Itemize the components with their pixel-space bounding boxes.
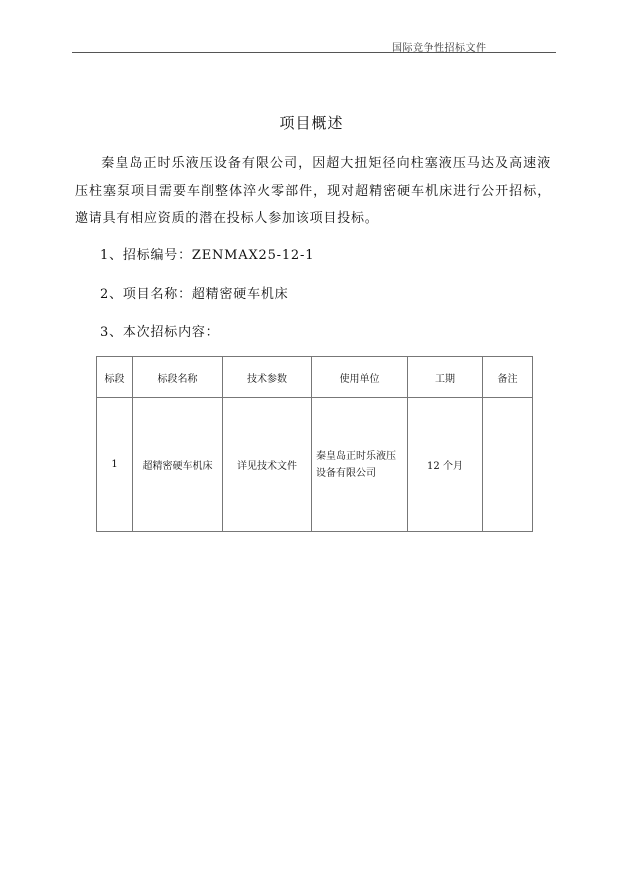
table-row: 1 超精密硬车机床 详见技术文件 秦皇岛正时乐液压设备有限公司 12 个月 [97,398,533,532]
bid-number: 1、招标编号：ZENMAX25-12-1 [100,244,314,263]
bid-content-label: 3、本次招标内容： [100,321,219,340]
cell-spec: 详见技术文件 [223,398,312,532]
cell-unit: 秦皇岛正时乐液压设备有限公司 [312,398,408,532]
unit-line-2: 设备有限公司 [316,468,376,479]
header-unit: 使用单位 [312,357,408,398]
header-lot-name: 标段名称 [133,357,223,398]
cell-remark [483,398,533,532]
intro-text: 秦皇岛正时乐液压设备有限公司，因超大扭矩径向柱塞液压马达及高速液压柱塞泵项目需要… [75,156,551,226]
header-period: 工期 [408,357,483,398]
cell-lot-name: 超精密硬车机床 [133,398,223,532]
unit-line-1: 秦皇岛正时乐液压 [316,451,396,462]
project-name: 2、项目名称：超精密硬车机床 [100,283,288,302]
table-header-row: 标段 标段名称 技术参数 使用单位 工期 备注 [97,357,533,398]
section-title: 项目概述 [0,112,623,133]
intro-paragraph: 秦皇岛正时乐液压设备有限公司，因超大扭矩径向柱塞液压马达及高速液压柱塞泵项目需要… [75,150,551,233]
header-remark: 备注 [483,357,533,398]
header-lot: 标段 [97,357,133,398]
bid-table: 标段 标段名称 技术参数 使用单位 工期 备注 1 超精密硬车机床 详见技术文件… [96,356,533,532]
header-spec: 技术参数 [223,357,312,398]
cell-lot: 1 [97,398,133,532]
cell-period: 12 个月 [408,398,483,532]
page-header-rule [72,52,556,53]
